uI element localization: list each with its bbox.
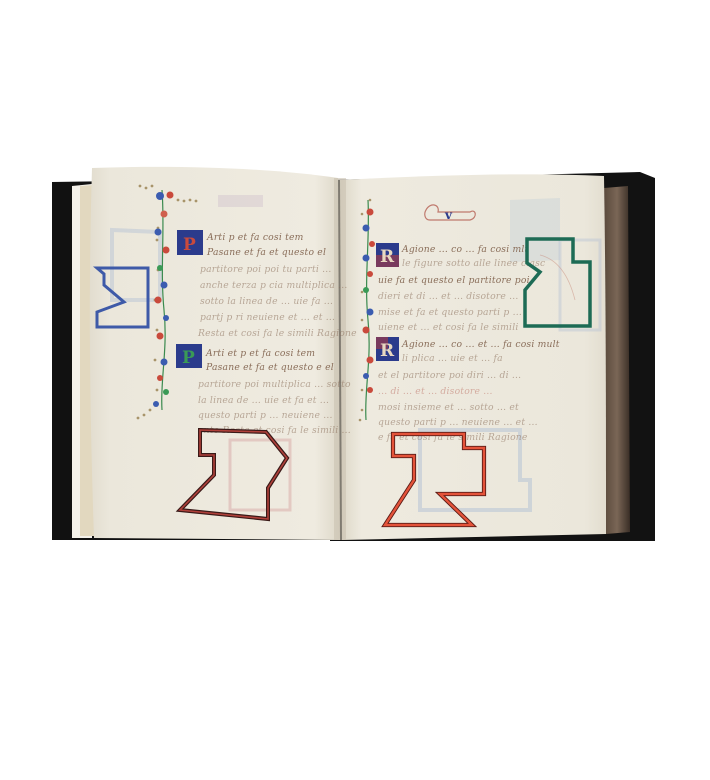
svg-text:Arti et p et fa cosi tem: Arti et p et fa cosi tem: [205, 348, 315, 359]
svg-text:uiene et ... et cosi fa l: uiene et ... et cosi fa le simili: [378, 322, 518, 333]
svg-text:anche terza p cia multipli: anche terza p cia multiplica ...: [200, 280, 348, 291]
svg-text:partj p ri neuiene et ...: partj p ri neuiene et ... et ...: [200, 312, 335, 323]
svg-text:dieri et di ... et ... dis: dieri et di ... et ... disotore ...: [378, 291, 519, 302]
right-initial-1: R: [376, 243, 399, 267]
svg-text:Pasane et fa et questo el: Pasane et fa et questo el: [206, 247, 326, 258]
svg-text:Agione ... co ... et ... fa: Agione ... co ... et ... fa cosi mult: [401, 339, 560, 350]
svg-text:Agione ... co ... fa cosi: Agione ... co ... fa cosi mlt: [401, 244, 529, 255]
svg-text:le figure sotto alle linee: le figure sotto alle linee ciasc: [402, 258, 545, 269]
manuscript-photo: P P Arti p et fa cosi tem Pasane et fa e…: [0, 0, 710, 780]
svg-text:Resta et cosi fa le simil: Resta et cosi fa le simili Ragione: [197, 328, 357, 339]
svg-text:v: v: [444, 208, 453, 222]
svg-text:partitore poi multiplica ..: partitore poi multiplica ... sotto: [198, 379, 351, 390]
left-initial-2: P: [176, 344, 202, 368]
svg-text:li plica ... uie et ... fa: li plica ... uie et ... fa: [402, 353, 503, 364]
svg-text:Pasane et fa et questo e: Pasane et fa et questo e el: [205, 362, 334, 373]
svg-text:questo parti p ... neuiene: questo parti p ... neuiene ...: [198, 410, 333, 421]
svg-text:et el partitore poi diri: et el partitore poi diri ... di ...: [378, 370, 521, 381]
svg-text:questo parti p ... neuiene: questo parti p ... neuiene ... et ...: [378, 417, 538, 428]
gutter-shadow: [334, 178, 346, 540]
svg-text:sotto la linea de ... uie: sotto la linea de ... uie fa ...: [200, 296, 333, 307]
right-initial-2: R: [376, 337, 399, 361]
svg-text:uie fa et questo el parti: uie fa et questo el partitore poi: [378, 275, 530, 286]
svg-text:Arti p et fa cosi tem: Arti p et fa cosi tem: [206, 232, 304, 243]
svg-text:mosi insieme et ... sotto: mosi insieme et ... sotto ... et: [378, 402, 519, 413]
svg-text:mise et fa et questo part: mise et fa et questo parti p ...: [378, 307, 522, 318]
svg-text:R: R: [380, 341, 395, 361]
svg-text:partitore poi poi tu parti: partitore poi poi tu parti ...: [200, 264, 332, 275]
svg-text:P: P: [182, 348, 195, 368]
svg-text:P: P: [183, 235, 196, 255]
svg-text:la linea de ... uie et fa: la linea de ... uie et fa et ...: [198, 395, 329, 406]
svg-text:... di ... et ... disotore: ... di ... et ... disotore ...: [378, 386, 493, 397]
left-initial-1: P: [177, 230, 203, 255]
svg-text:R: R: [380, 247, 395, 267]
